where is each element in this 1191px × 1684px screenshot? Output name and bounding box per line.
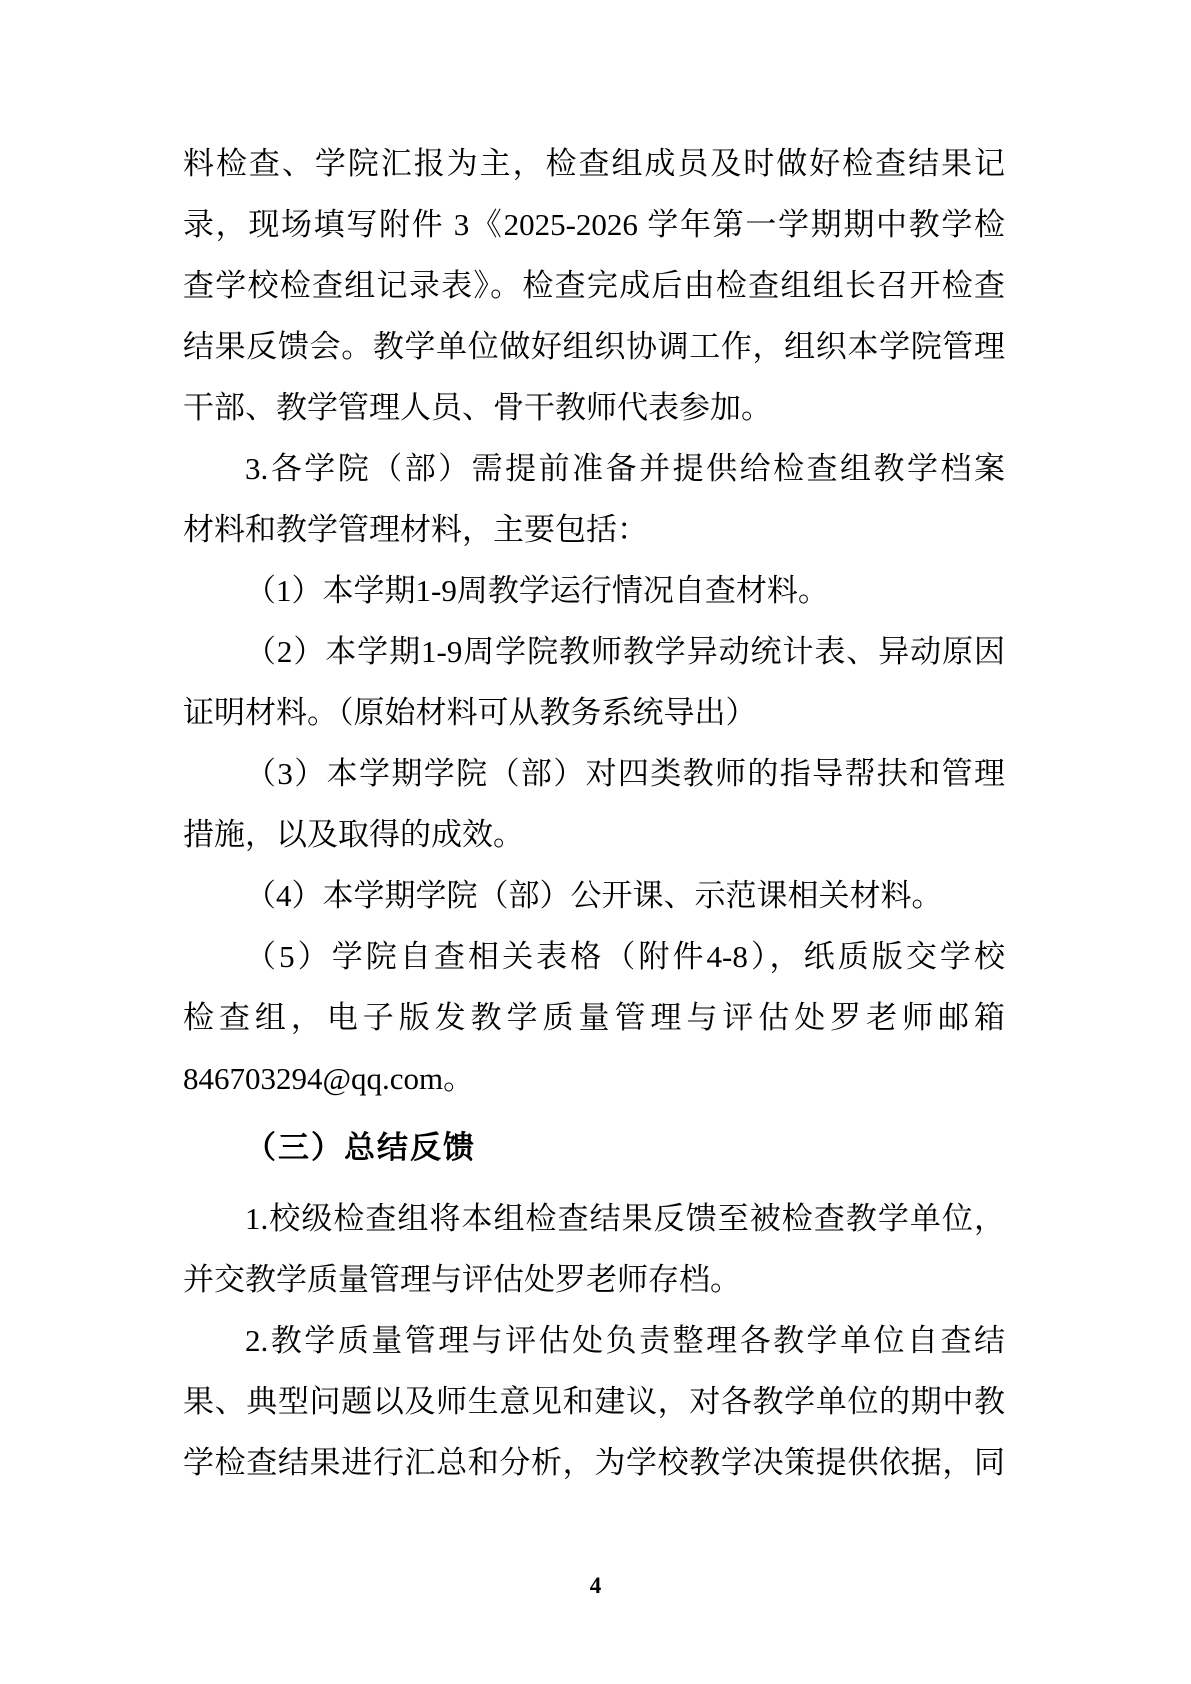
page-number: 4 — [0, 1572, 1191, 1600]
document-body: 料检查、学院汇报为主，检查组成员及时做好检查结果记录，现场填写附件 3《2025… — [183, 133, 1005, 1493]
text-line: 材料和教学管理材料，主要包括： — [183, 499, 1005, 560]
text-line: 录，现场填写附件 3《2025-2026 学年第一学期期中教学检 — [183, 194, 1005, 255]
text-line: （4）本学期学院（部）公开课、示范课相关材料。 — [183, 865, 1005, 926]
text-line: 2.教学质量管理与评估处负责整理各教学单位自查结 — [183, 1310, 1005, 1371]
text-line: 3.各学院（部）需提前准备并提供给检查组教学档案 — [183, 438, 1005, 499]
text-line: 并交教学质量管理与评估处罗老师存档。 — [183, 1249, 1005, 1310]
text-line: （2）本学期1-9周学院教师教学异动统计表、异动原因 — [183, 621, 1005, 682]
text-line: 证明材料。（原始材料可从教务系统导出） — [183, 682, 1005, 743]
section-heading: （三）总结反馈 — [183, 1117, 1005, 1178]
text-line: （1）本学期1-9周教学运行情况自查材料。 — [183, 560, 1005, 621]
text-line: 846703294@qq.com。 — [183, 1048, 1005, 1109]
text-line: 料检查、学院汇报为主，检查组成员及时做好检查结果记 — [183, 133, 1005, 194]
text-line: （3）本学期学院（部）对四类教师的指导帮扶和管理 — [183, 743, 1005, 804]
text-line: 干部、教学管理人员、骨干教师代表参加。 — [183, 377, 1005, 438]
text-line: （5）学院自查相关表格（附件4-8），纸质版交学校 — [183, 926, 1005, 987]
text-line: 学检查结果进行汇总和分析，为学校教学决策提供依据，同 — [183, 1432, 1005, 1493]
text-line: 1.校级检查组将本组检查结果反馈至被检查教学单位， — [183, 1188, 1005, 1249]
document-page: 料检查、学院汇报为主，检查组成员及时做好检查结果记录，现场填写附件 3《2025… — [0, 0, 1191, 1684]
text-line: 果、典型问题以及师生意见和建议，对各教学单位的期中教 — [183, 1371, 1005, 1432]
text-line: 措施，以及取得的成效。 — [183, 804, 1005, 865]
text-line: 查学校检查组记录表》。检查完成后由检查组组长召开检查 — [183, 255, 1005, 316]
text-line: 检查组，电子版发教学质量管理与评估处罗老师邮箱 — [183, 987, 1005, 1048]
text-line: 结果反馈会。教学单位做好组织协调工作，组织本学院管理 — [183, 316, 1005, 377]
